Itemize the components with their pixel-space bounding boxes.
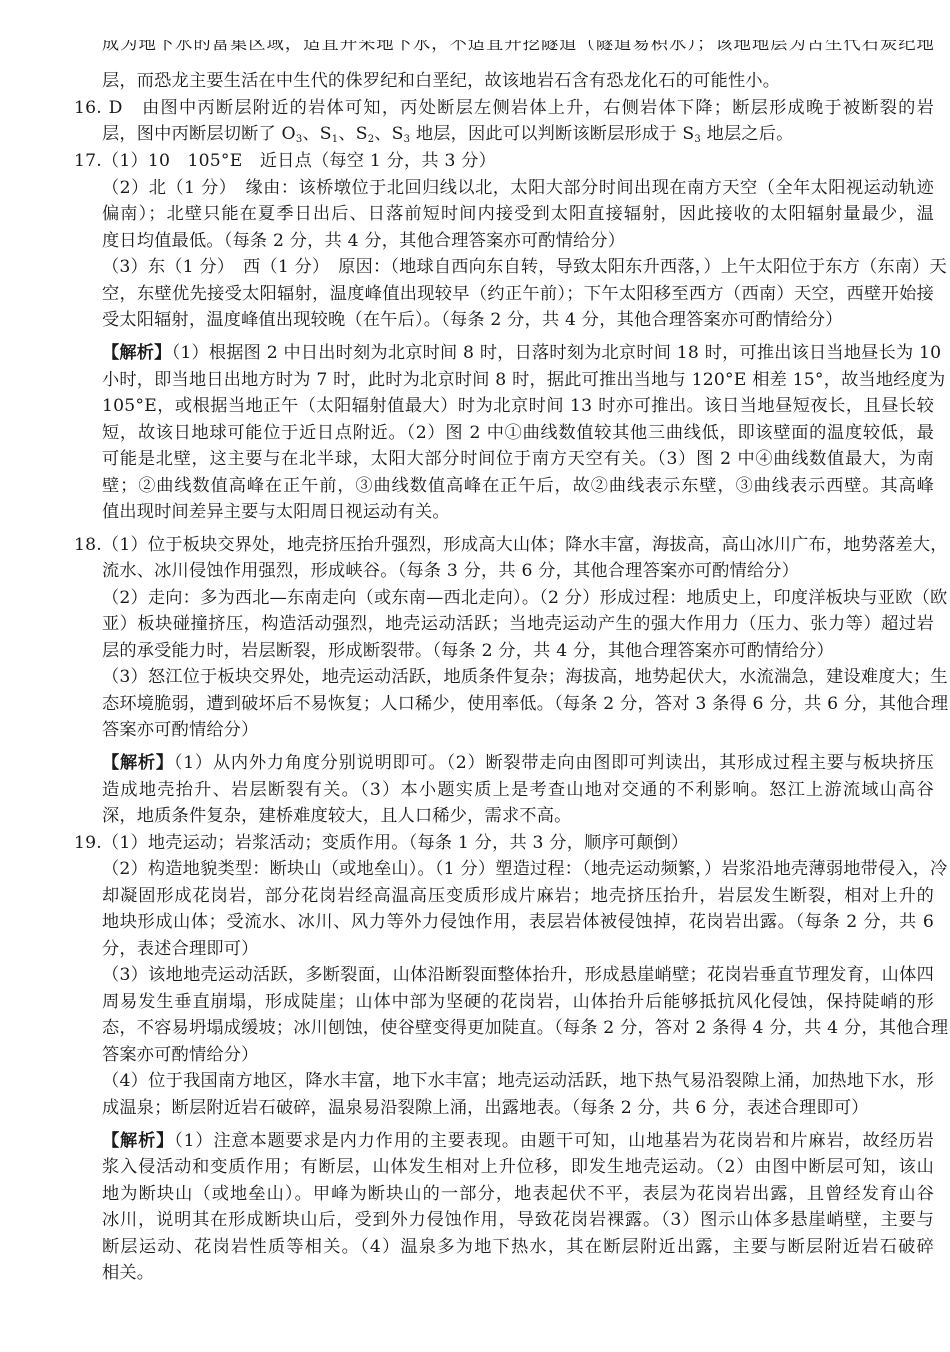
text-line: 成温泉；断层附近岩石破碎，温泉易沿裂隙上涌，出露地表。（每条 2 分，共 6 分… — [102, 1095, 934, 1121]
answer-key-page: 成为地下水的富集区域，适宜开采地下水，不适宜开挖隧道（隧道易积水）；该地地层为古… — [0, 0, 950, 1352]
analysis-line: 【解析】（1）从内外力角度分别说明即可。（2）断裂带走向由图即可判读出，其形成过… — [102, 750, 934, 776]
text-line: （2）构造地貌类型：断块山（或地垒山）。（1 分）塑造过程：（地壳运动频繁，）岩… — [102, 856, 934, 882]
text-line: 层的承受能力时，岩层断裂，形成断裂带。（每条 2 分，共 4 分，其他合理答案亦… — [102, 638, 934, 664]
text-line: 冰川，说明其在形成断块山后，受到外力侵蚀作用，导致花岗岩裸露。（3）图示山体多悬… — [102, 1207, 934, 1233]
text-line: 空，东壁优先接受太阳辐射，温度峰值出现较早（约正午前）；下午太阳移至西方（西南）… — [102, 281, 934, 307]
text-line: 相关。 — [102, 1260, 934, 1286]
text-line: （3）该地地壳运动活跃，多断裂面，山体沿断裂面整体抬升，形成悬崖峭壁；花岗岩垂直… — [102, 962, 934, 988]
text-line: 分，表述合理即可） — [102, 936, 934, 962]
text-line: 值出现时间差异主要与太阳周日视运动有关。 — [102, 499, 934, 525]
text-line: 地块形成山体；受流水、冰川、风力等外力侵蚀作用，表层岩体被侵蚀掉，花岗岩出露。（… — [102, 909, 934, 935]
text-line: 偏南）；北壁只能在夏季日出后、日落前短时间内接受到太阳直接辐射，因此接收的太阳辐… — [102, 201, 934, 227]
text-line: 亚）板块碰撞挤压，构造活动强烈，地壳运动活跃；当地壳运动产生的强大作用力（压力、… — [102, 611, 934, 637]
question-answer-line: 16. D 由图中丙断层附近的岩体可知，丙处断层左侧岩体上升，右侧岩体下降；断层… — [74, 95, 934, 121]
text-line: （4）位于我国南方地区，降水丰富，地下水丰富；地壳运动活跃，地下热气易沿裂隙上涌… — [102, 1068, 934, 1094]
text-line: 度日均值最低。（每条 2 分，共 4 分，其他合理答案亦可酌情给分） — [102, 228, 934, 254]
text-line: 答案亦可酌情给分） — [102, 717, 934, 743]
text-line: 层，而恐龙主要生活在中生代的侏罗纪和白垩纪，故该地岩石含有恐龙化石的可能性小。 — [102, 68, 934, 94]
text-line: 深，地质条件复杂，建桥难度较大，且人口稀少，需求不高。 — [102, 803, 934, 829]
text-line: 壁；②曲线数值高峰在正午前，③曲线数值高峰在正午后，故②曲线表示东壁，③曲线表示… — [102, 473, 934, 499]
text-line: 态环境脆弱，遭到破坏后不易恢复；人口稀少，使用率低。（每条 2 分，答对 3 条… — [102, 691, 934, 717]
analysis-text: （1）根据图 2 中日出时刻为北京时间 8 时，日落时刻为北京时间 18 时，可… — [172, 343, 942, 363]
text-line: 成为地下水的富集区域，适宜开采地下水，不适宜开挖隧道（隧道易积水）；该地地层为古… — [102, 40, 934, 54]
question-answer-line: 18.（1）位于板块交界处，地壳挤压抬升强烈，形成高大山体；降水丰富，海拔高，高… — [74, 532, 934, 558]
text-line: 流水、冰川侵蚀作用强烈，形成峡谷。（每条 3 分，共 6 分，其他合理答案亦可酌… — [102, 558, 934, 584]
analysis-line: 【解析】（1）注意本题要求是内力作用的主要表现。由题干可知，山地基岩为花岗岩和片… — [102, 1128, 934, 1154]
text-line: 却凝固形成花岗岩，部分花岗岩经高温高压变质形成片麻岩；地壳挤压抬升，岩层发生断裂… — [102, 883, 934, 909]
analysis-label: 【解析】 — [102, 343, 172, 363]
analysis-label: 【解析】 — [102, 753, 174, 773]
text-line: 断层运动、花岗岩性质等相关。（4）温泉多为地下热水，其在断层附近出露，主要与断层… — [102, 1234, 934, 1260]
text-line: 答案亦可酌情给分） — [102, 1042, 934, 1068]
analysis-text: （1）从内外力角度分别说明即可。（2）断裂带走向由图即可判读出，其形成过程主要与… — [174, 753, 934, 773]
question-answer-line: 17.（1）10 105°E 近日点（每空 1 分，共 3 分） — [74, 148, 934, 174]
text-line: 层，图中丙断层切断了 O3、S1、S2、S3 地层，因此可以判断该断层形成于 S… — [102, 121, 934, 147]
analysis-line: 【解析】（1）根据图 2 中日出时刻为北京时间 8 时，日落时刻为北京时间 18… — [102, 340, 934, 366]
text-line: 浆入侵活动和变质作用；有断层，山体发生相对上升位移，即发生地壳运动。（2）由图中… — [102, 1154, 934, 1180]
text-line: 地为断块山（或地垒山）。甲峰为断块山的一部分，地表起伏不平，表层为花岗岩出露，且… — [102, 1181, 934, 1207]
text-line: 短，故该日地球可能位于近日点附近。（2）图 2 中①曲线数值较其他三曲线低，即该… — [102, 420, 934, 446]
text-line: 周易发生垂直崩塌，形成陡崖；山体中部为坚硬的花岗岩，山体抬升后能够抵抗风化侵蚀，… — [102, 989, 934, 1015]
question-answer-line: 19.（1）地壳运动；岩浆活动；变质作用。（每条 1 分，共 3 分，顺序可颠倒… — [74, 830, 934, 856]
text-line: （3）怒江位于板块交界处，地壳运动活跃，地质条件复杂；海拔高，地势起伏大，水流湍… — [102, 664, 934, 690]
text-line: 态，不容易坍塌成缓坡；冰川刨蚀，使谷壁变得更加陡直。（每条 2 分，答对 2 条… — [102, 1015, 934, 1041]
analysis-text: （1）注意本题要求是内力作用的主要表现。由题干可知，山地基岩为花岗岩和片麻岩，故… — [174, 1131, 934, 1151]
text-line: 受太阳辐射，温度峰值出现较晚（在午后）。（每条 2 分，共 4 分，其他合理答案… — [102, 307, 934, 333]
text-line: （2）北（1 分） 缘由：该桥墩位于北回归线以北，太阳大部分时间出现在南方天空（… — [102, 175, 934, 201]
text-line: 小时，即当地日出地方时为 7 时，此时为北京时间 8 时，据此可推出当地与 12… — [102, 367, 934, 393]
text-line: 可能是北壁，这主要与在北半球，太阳大部分时间位于南方天空有关。（3）图 2 中④… — [102, 446, 934, 472]
text-line: （3）东（1 分） 西（1 分） 原因：（地球自西向东自转，导致太阳东升西落，）… — [102, 254, 934, 280]
text-line: 105°E，或根据当地正午（太阳辐射值最大）时为北京时间 13 时亦可推出。该日… — [102, 393, 934, 419]
text-line: 造成地壳抬升、岩层断裂有关。（3）本小题实质上是考查山地对交通的不利影响。怒江上… — [102, 777, 934, 803]
text-line: （2）走向：多为西北—东南走向（或东南—西北走向）。（2 分）形成过程：地质史上… — [102, 585, 934, 611]
analysis-label: 【解析】 — [102, 1131, 174, 1151]
